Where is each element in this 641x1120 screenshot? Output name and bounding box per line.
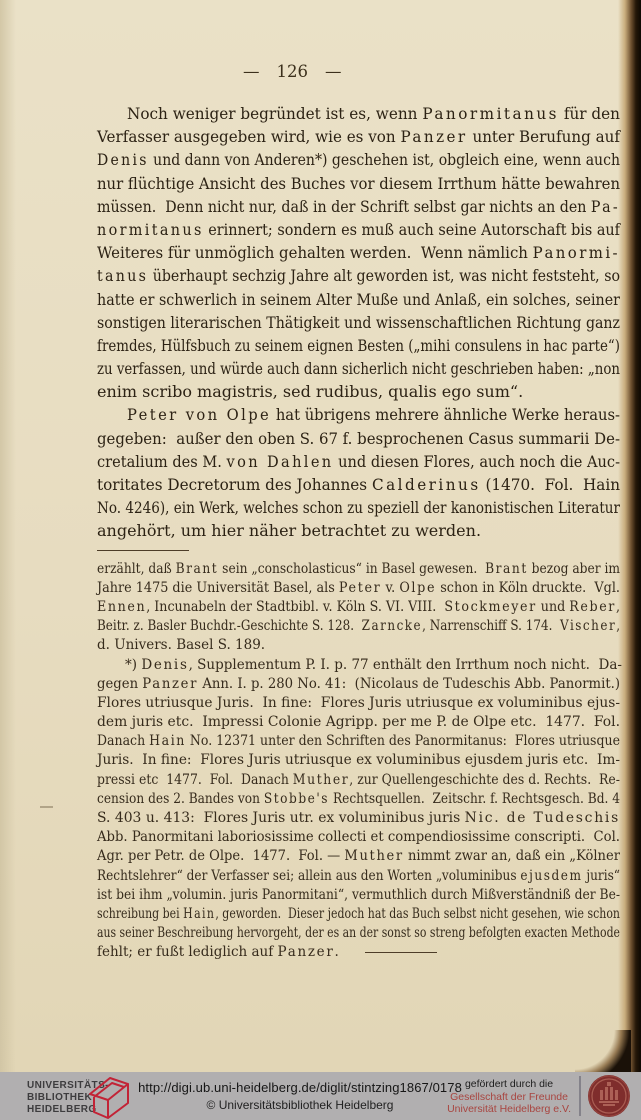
text-line: Abb. Panormitani laboriosissime collecti…	[97, 828, 620, 847]
text-line: Jahre 1475 die Universität Basel, als Pe…	[97, 579, 620, 598]
text-line: cension des 2. Bandes von Stobbe's Recht…	[97, 790, 620, 809]
footer-divider	[579, 1076, 581, 1116]
text-line: cretalium des M. von Dahlen und diesen F…	[97, 450, 620, 473]
text-line: tanus überhaupt sechzig Jahre alt geword…	[97, 264, 620, 287]
footer-bar: UNIVERSITÄTS- BIBLIOTHEK HEIDELBERG http…	[0, 1072, 641, 1120]
text-line: aus seiner Beschreibung hervorgeht, der …	[97, 924, 620, 943]
text-line: gegeben: außer den oben S. 67 f. besproc…	[97, 427, 620, 450]
text-line: sonstigen literarischen Thätigkeit und w…	[97, 311, 620, 334]
header-dash: —	[243, 62, 260, 81]
text-line: gegen Panzer Ann. I. p. 280 No. 41: (Nic…	[97, 675, 620, 694]
text-line: normitanus erinnert; sondern es muß auch…	[97, 218, 620, 241]
text-line: *) Denis, Supplementum P. I. p. 77 enthä…	[97, 656, 620, 675]
text-line: müssen. Denn nicht nur, daß in der Schri…	[97, 195, 620, 218]
text-line: pressi etc 1477. Fol. Danach Muther, zur…	[97, 771, 620, 790]
text-line: dem juris etc. Impressi Colonie Agripp. …	[97, 713, 620, 732]
text-line: nur flüchtige Ansicht des Buches vor die…	[97, 172, 620, 195]
text-line: Danach Hain No. 12371 unter den Schrifte…	[97, 732, 620, 751]
digitization-url[interactable]: http://digi.ub.uni-heidelberg.de/diglit/…	[110, 1080, 490, 1095]
funding-credit: gefördert durch die Gesellschaft der Fre…	[447, 1078, 571, 1116]
text-line: Noch weniger begründet ist es, wenn Pano…	[97, 102, 620, 125]
text-line: Denis und dann von Anderen*) geschehen i…	[97, 148, 620, 171]
page-left-shadow	[0, 0, 16, 1072]
main-text-paragraphs: Noch weniger begründet ist es, wenn Pano…	[97, 102, 620, 543]
text-line: Agr. per Petr. de Olpe. 1477. Fol. — Mut…	[97, 847, 620, 866]
page-number-header: — 126 —	[97, 60, 620, 82]
text-line: fremdes, Hülfsbuch zu seinem eignen Best…	[97, 334, 620, 357]
funding-line: gefördert durch die	[447, 1078, 571, 1091]
book-page-scan: — 126 — Noch weniger begründet ist es, w…	[0, 0, 641, 1072]
header-dash: —	[325, 62, 342, 81]
text-line: erzählt, daß Brant sein „conscholasticus…	[97, 560, 620, 579]
copyright-notice: © Universitätsbibliothek Heidelberg	[110, 1098, 490, 1112]
text-line: angehört, um hier näher betrachtet zu we…	[97, 519, 620, 542]
text-line: Beitr. z. Basler Buchdr.-Geschichte S. 1…	[97, 617, 620, 636]
page-number: 126	[277, 62, 309, 81]
text-line: Flores utriusque Juris. In fine: Flores …	[97, 694, 620, 713]
text-line: Rechtslehrer“ der Verfasser sei; allein …	[97, 867, 620, 886]
page-content: — 126 — Noch weniger begründet ist es, w…	[97, 60, 620, 963]
text-line: schreibung bei Hain, geworden. Dieser je…	[97, 905, 620, 924]
university-seal-icon	[587, 1074, 631, 1118]
text-line: Weiteres für unmöglich gehalten werden. …	[97, 241, 620, 264]
text-line: ist bei ihm „volumin. juris Panormitani“…	[97, 886, 620, 905]
end-of-footnote-rule	[365, 952, 437, 953]
text-line: enim scribo magistris, sed rudibus, qual…	[97, 380, 620, 403]
book-edge-shadow	[618, 0, 641, 1072]
funding-society: Gesellschaft der Freunde	[447, 1091, 571, 1104]
footnote-separator	[97, 550, 189, 551]
footer-center: http://digi.ub.uni-heidelberg.de/diglit/…	[110, 1080, 490, 1112]
text-line: zu verfassen, und würde auch dann sicher…	[97, 357, 620, 380]
text-line: No. 4246), ein Werk, welches schon zu sp…	[97, 496, 620, 519]
screenshot-root: — 126 — Noch weniger begründet ist es, w…	[0, 0, 641, 1120]
text-line: S. 403 u. 413: Flores Juris utr. ex volu…	[97, 809, 620, 828]
funding-university: Universität Heidelberg e.V.	[447, 1103, 571, 1116]
text-line: hatte er schwerlich in seinem Alter Muße…	[97, 288, 620, 311]
page-corner-shadow	[575, 1030, 631, 1072]
footnote-blocks: erzählt, daß Brant sein „conscholasticus…	[97, 560, 620, 963]
text-line: d. Univers. Basel S. 189.	[97, 636, 620, 655]
text-line: Ennen, Incunabeln der Stadtbibl. v. Köln…	[97, 598, 620, 617]
text-line: toritates Decretorum des Johannes Calder…	[97, 473, 620, 496]
margin-pencil-mark	[40, 806, 53, 808]
text-line: Verfasser ausgegeben wird, wie es von Pa…	[97, 125, 620, 148]
text-line: fehlt; er fußt lediglich auf Panzer.	[97, 943, 620, 962]
text-line: Peter von Olpe hat übrigens mehrere ähnl…	[97, 403, 620, 426]
text-line: Juris. In fine: Flores Juris utriusque e…	[97, 751, 620, 770]
